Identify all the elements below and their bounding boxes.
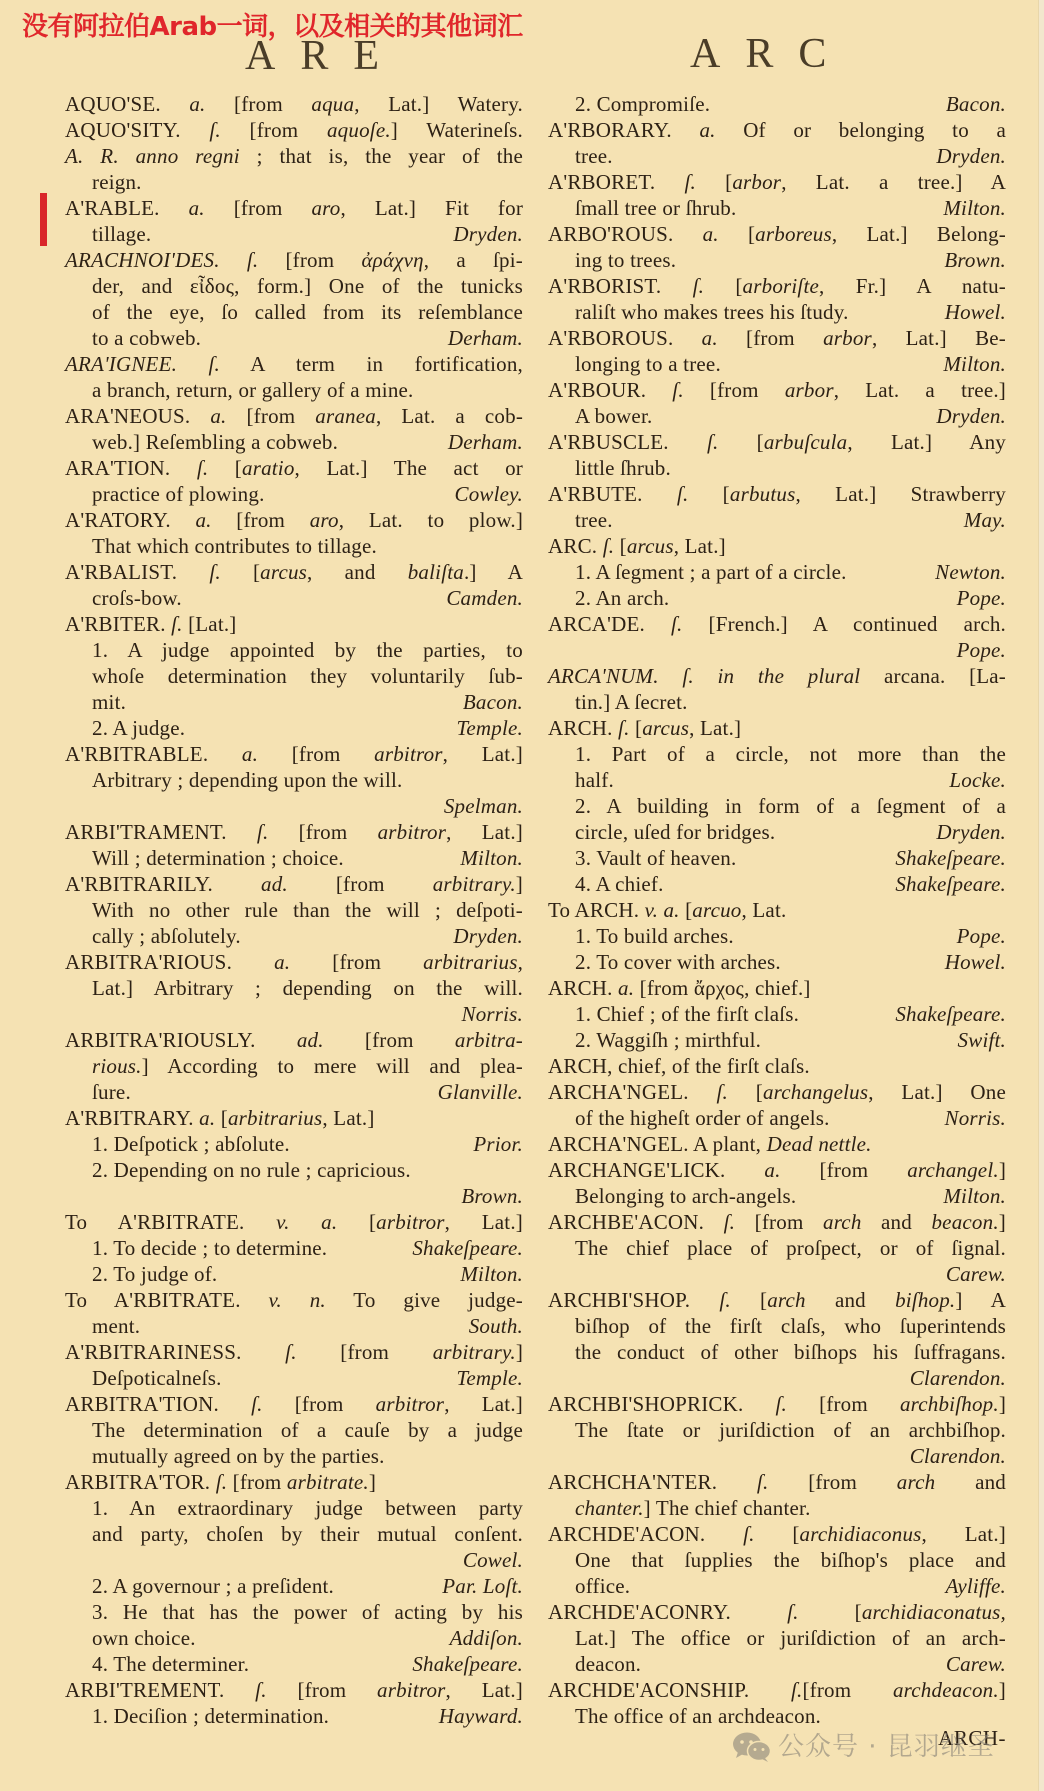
entry-headword-line: To ARCH. v. a. [arcuo, Lat.: [548, 897, 1006, 923]
italic-text: arboreus: [755, 222, 832, 246]
roman-text: , Lat.]: [689, 716, 741, 740]
roman-text: The office of an archdeacon.: [575, 1704, 821, 1728]
headword: ARC.: [548, 534, 603, 558]
roman-text: [: [696, 170, 732, 194]
headword: A'RBITRARILY.: [65, 872, 261, 896]
italic-text: arbitror: [376, 1210, 445, 1234]
entry-continuation-line: mit.Bacon.: [65, 689, 523, 715]
entry-continuation-line: whoſe determination they voluntarily ſub…: [65, 663, 523, 689]
headword: ARBI'TRAMENT.: [65, 820, 257, 844]
roman-text: The determination of a cauſe by a judge: [92, 1418, 523, 1442]
italic-text: aro: [311, 196, 340, 220]
italic-text: anno regni: [136, 144, 240, 168]
line-text: [65, 793, 434, 819]
italic-text: arbitrary.: [433, 1340, 516, 1364]
italic-text: ſ.: [682, 664, 694, 688]
roman-text: Lat.] Arbitrary ; depending on the will.: [92, 976, 523, 1000]
author-citation: Clarendon.: [900, 1365, 1006, 1391]
roman-text: [from: [684, 378, 785, 402]
roman-text: a branch, return, or gallery of a mine.: [92, 378, 414, 402]
roman-text: ] Waterineſs.: [391, 118, 523, 142]
roman-text: , Lat.]: [443, 742, 523, 766]
entry-continuation-line: 2. A building in form of a ſegment of a: [548, 793, 1006, 819]
roman-text: of the higheſt order of angels.: [575, 1106, 830, 1130]
line-text: ARBI'TREMENT. ſ. [from arbitror, Lat.]: [65, 1677, 523, 1703]
entry-headword-line: A'RBITRABLE. a. [from arbitror, Lat.]: [65, 741, 523, 767]
line-text: Arbitrary ; depending upon the will.: [92, 767, 523, 793]
entry-headword-line: ARCHCHA'NTER. ſ. [from arch and: [548, 1469, 1006, 1495]
line-text: 3. He that has the power of acting by hi…: [92, 1599, 523, 1625]
author-citation: Milton.: [933, 351, 1006, 377]
citation-line: Pope.: [548, 637, 1006, 663]
author-citation: Norris.: [451, 1001, 523, 1027]
italic-text: ſ.: [684, 170, 696, 194]
italic-text: ἀράχνη: [361, 248, 423, 272]
roman-text: tree.: [575, 508, 613, 532]
roman-text: der, and εἶδος, form.] One of the tunick…: [92, 274, 523, 298]
entry-continuation-line: A bower.Dryden.: [548, 403, 1006, 429]
line-text: ARBI'TRAMENT. ſ. [from arbitror, Lat.]: [65, 819, 523, 845]
line-text: longing to a tree.: [575, 351, 933, 377]
roman-text: [from: [268, 820, 377, 844]
roman-text: 2. To cover with arches.: [575, 950, 781, 974]
line-text: To A'RBITRATE. v. a. [arbitror, Lat.]: [65, 1209, 523, 1235]
entry-continuation-line: little ſhrub.: [548, 455, 1006, 481]
roman-text: deacon.: [575, 1652, 641, 1676]
entry-continuation-line: 1. Deſpotick ; abſolute.Prior.: [65, 1131, 523, 1157]
entry-continuation-line: 2. A judge.Temple.: [65, 715, 523, 741]
roman-text: ſmall tree or ſhrub.: [575, 196, 736, 220]
author-citation: Dryden.: [926, 819, 1006, 845]
entry-continuation-line: 2. A governour ; a preſident.Par. Loſt.: [65, 1573, 523, 1599]
roman-text: [: [718, 430, 763, 454]
roman-text: ; that is, the year of the: [240, 144, 523, 168]
headword: ARCHDE'ACONRY.: [548, 1600, 787, 1624]
line-text: [548, 1443, 900, 1469]
italic-text: rious.: [92, 1054, 142, 1078]
entry-continuation-line: of the higheſt order of angels.Norris.: [548, 1105, 1006, 1131]
roman-text: 1. Chief ; of the firſt claſs.: [575, 1002, 799, 1026]
headword: A'RBORET.: [548, 170, 684, 194]
line-text: ARCH. a. [from ἄρχος, chief.]: [548, 975, 1006, 1001]
roman-text: , Lat. a tree.]: [834, 378, 1006, 402]
entry-continuation-line: circle, uſed for bridges.Dryden.: [548, 819, 1006, 845]
roman-text: Belonging to arch-angels.: [575, 1184, 796, 1208]
italic-text: arbitrate.: [287, 1470, 369, 1494]
roman-text: [from: [768, 1470, 896, 1494]
roman-text: and: [935, 1470, 1006, 1494]
roman-text: 2. A judge.: [92, 716, 185, 740]
entry-headword-line: A'RATORY. a. [from aro, Lat. to plow.]: [65, 507, 523, 533]
headword: ARA'IGNEE.: [65, 352, 177, 376]
author-citation: Swift.: [948, 1027, 1006, 1053]
author-citation: Temple.: [446, 1365, 523, 1391]
roman-text: , Lat.] Strawberry: [795, 482, 1006, 506]
roman-text: [from: [258, 248, 361, 272]
entry-continuation-line: 2. To cover with arches.Howel.: [548, 949, 1006, 975]
entry-headword-line: ARCHA'NGEL. ſ. [archangelus, Lat.] One: [548, 1079, 1006, 1105]
entry-headword-line: ARCHDE'ACONSHIP. ſ.[from archdeacon.]: [548, 1677, 1006, 1703]
line-text: [548, 1365, 900, 1391]
roman-text: [from: [802, 1678, 893, 1702]
italic-text: arcuo: [692, 898, 741, 922]
line-text: The chief place of proſpect, or of ſigna…: [575, 1235, 1006, 1261]
italic-text: a.: [189, 196, 205, 220]
line-text: ARBITRA'RIOUSLY. ad. [from arbitra-: [65, 1027, 523, 1053]
italic-text: arch: [823, 1210, 862, 1234]
entry-headword-line: ARCH, chief, of the firſt claſs.: [548, 1053, 1006, 1079]
italic-text: ſ.: [757, 1470, 769, 1494]
author-citation: South.: [459, 1313, 523, 1339]
headword: ARBITRA'TION.: [65, 1392, 251, 1416]
roman-text: [: [215, 1106, 228, 1130]
roman-text: and: [806, 1288, 895, 1312]
roman-text: 2. An arch.: [575, 586, 669, 610]
entry-headword-line: ARC. ſ. [arcus, Lat.]: [548, 533, 1006, 559]
line-text: 3. Vault of heaven.: [575, 845, 885, 871]
line-text: ARACHNOI'DES. ſ. [from ἀράχνη, a ſpi-: [65, 247, 523, 273]
entry-headword-line: ARCH. ſ. [arcus, Lat.]: [548, 715, 1006, 741]
roman-text: [: [799, 1600, 862, 1624]
italic-text: arbitrarius: [228, 1106, 322, 1130]
entry-continuation-line: ment.South.: [65, 1313, 523, 1339]
entry-continuation-line: tin.] A ſecret.: [548, 689, 1006, 715]
author-citation: Pope.: [947, 637, 1006, 663]
italic-text: ſ.: [285, 1340, 297, 1364]
citation-line: Norris.: [65, 1001, 523, 1027]
italic-text: arbitror: [378, 820, 447, 844]
line-text: A'RBITRARILY. ad. [from arbitrary.]: [65, 871, 523, 897]
headword: A'RABLE.: [65, 196, 189, 220]
line-text: own choice.: [92, 1625, 440, 1651]
headword: ARCA'DE.: [548, 612, 671, 636]
line-text: 2. An arch.: [575, 585, 947, 611]
entry-continuation-line: The determination of a cauſe by a judge: [65, 1417, 523, 1443]
entry-continuation-line: Will ; determination ; choice.Milton.: [65, 845, 523, 871]
line-text: 2. Compromiſe.: [575, 91, 936, 117]
entry-headword-line: A'RBITRARILY. ad. [from arbitrary.]: [65, 871, 523, 897]
italic-text: v. n.: [268, 1288, 325, 1312]
roman-text: ]: [516, 872, 523, 896]
italic-text: a.: [210, 404, 226, 428]
headword: A'RATORY.: [65, 508, 195, 532]
entry-headword-line: ARCH. a. [from ἄρχος, chief.]: [548, 975, 1006, 1001]
entry-continuation-line: 2. To judge of.Milton.: [65, 1261, 523, 1287]
author-citation: Brown.: [934, 247, 1006, 273]
roman-text: tillage.: [92, 222, 151, 246]
entry-continuation-line: web.] Reſembling a cobweb.Derham.: [65, 429, 523, 455]
watermark: 公众号 · 昆羽继圣: [732, 1731, 995, 1763]
line-text: circle, uſed for bridges.: [575, 819, 926, 845]
roman-text: , Lat.]: [322, 1106, 374, 1130]
author-citation: Clarendon.: [900, 1443, 1006, 1469]
line-text: A'RBITRABLE. a. [from arbitror, Lat.]: [65, 741, 523, 767]
entry-headword-line: A'RBUTE. ſ. [arbutus, Lat.] Strawberry: [548, 481, 1006, 507]
line-text: A'RBOROUS. a. [from arbor, Lat.] Be-: [548, 325, 1006, 351]
line-text: AQUO'SE. a. [from aqua, Lat.] Watery.: [65, 91, 523, 117]
line-text: 2. To cover with arches.: [575, 949, 935, 975]
line-text: A'RBITRARY. a. [arbitrarius, Lat.]: [65, 1105, 523, 1131]
italic-text: chanter.: [575, 1496, 644, 1520]
roman-text: [694, 664, 718, 688]
italic-text: ad.: [261, 872, 288, 896]
italic-text: arbor: [785, 378, 834, 402]
author-citation: Pope.: [947, 585, 1006, 611]
headword: ARCHA'NGEL.: [548, 1080, 717, 1104]
line-text: ARBITRA'TION. ſ. [from arbitror, Lat.]: [65, 1391, 523, 1417]
roman-text: [French.] A continued arch.: [683, 612, 1007, 636]
roman-text: 3. He that has the power of acting by hi…: [92, 1600, 523, 1624]
italic-text: arcus: [627, 534, 674, 558]
author-citation: Hayward.: [429, 1703, 523, 1729]
roman-text: [: [731, 1288, 767, 1312]
roman-text: to a cobweb.: [92, 326, 201, 350]
line-text: ARCHDE'ACONSHIP. ſ.[from archdeacon.]: [548, 1677, 1006, 1703]
dictionary-column-left: AQUO'SE. a. [from aqua, Lat.] Watery.AQU…: [65, 91, 523, 1729]
author-citation: Milton.: [933, 1183, 1006, 1209]
roman-text: 1. To build arches.: [575, 924, 734, 948]
entry-headword-line: ARCHBI'SHOPRICK. ſ. [from archbiſhop.]: [548, 1391, 1006, 1417]
roman-text: [from: [212, 508, 310, 532]
line-text: ARCH, chief, of the firſt claſs.: [548, 1053, 1006, 1079]
page-edge: [1038, 0, 1044, 1791]
italic-text: ſ.: [255, 1678, 267, 1702]
italic-text: arbitra-: [455, 1028, 523, 1052]
italic-text: ſ.: [247, 248, 259, 272]
line-text: tree.: [575, 143, 926, 169]
entry-continuation-line: ing to trees.Brown.: [548, 247, 1006, 273]
roman-text: [from: [735, 1210, 823, 1234]
author-citation: Derham.: [438, 325, 523, 351]
roman-text: whoſe determination they voluntarily ſub…: [92, 664, 523, 688]
entry-headword-line: ARCHA'NGEL. A plant, Dead nettle.: [548, 1131, 1006, 1157]
italic-text: archidiaconatus,: [862, 1600, 1006, 1624]
italic-text: arch: [897, 1470, 936, 1494]
roman-text: 2. A governour ; a preſident.: [92, 1574, 334, 1598]
line-text: ment.: [92, 1313, 459, 1339]
italic-text: ſ.: [776, 1392, 788, 1416]
italic-text: ſ.: [724, 1210, 736, 1234]
author-citation: Brown.: [451, 1183, 523, 1209]
author-citation: Shakeſpeare.: [402, 1651, 523, 1677]
line-text: ARA'TION. ſ. [aratio, Lat.] The act or: [65, 455, 523, 481]
line-text: AQUO'SITY. ſ. [from aquoſe.] Waterineſs.: [65, 117, 523, 143]
entry-continuation-line: 4. The determiner.Shakeſpeare.: [65, 1651, 523, 1677]
author-citation: Milton.: [450, 845, 523, 871]
roman-text: [: [680, 898, 693, 922]
roman-text: , Lat. a cob-: [376, 404, 523, 428]
italic-text: ſ.: [677, 482, 689, 506]
italic-text: arbor: [732, 170, 781, 194]
italic-text: arcus: [260, 560, 307, 584]
italic-text: ſ.: [707, 430, 719, 454]
italic-text: aranea: [315, 404, 376, 428]
line-text: 2. A judge.: [92, 715, 446, 741]
line-text: of the eye, ſo called from its reſemblan…: [92, 299, 523, 325]
author-citation: Glanville.: [428, 1079, 523, 1105]
italic-text: ſ.: [671, 612, 683, 636]
roman-text: [from: [267, 1678, 377, 1702]
entry-continuation-line: to a cobweb.Derham.: [65, 325, 523, 351]
roman-text: reign.: [92, 170, 142, 194]
author-citation: Shakeſpeare.: [885, 871, 1006, 897]
italic-text: ſ.: [787, 1600, 799, 1624]
italic-text: a.: [699, 118, 715, 142]
line-text: Belonging to arch-angels.: [575, 1183, 933, 1209]
roman-text: [177, 352, 208, 376]
line-text: tree.: [575, 507, 954, 533]
entry-headword-line: AQUO'SE. a. [from aqua, Lat.] Watery.: [65, 91, 523, 117]
watermark-text: 公众号 · 昆羽继圣: [778, 1732, 995, 1762]
line-text: chanter.] The chief chanter.: [575, 1495, 1006, 1521]
roman-text: A term in fortification,: [220, 352, 523, 376]
roman-text: [from: [781, 1158, 908, 1182]
entry-continuation-line: 4. A chief.Shakeſpeare.: [548, 871, 1006, 897]
headword: AQUO'SITY.: [65, 118, 209, 142]
highlight-marker: [40, 193, 47, 246]
roman-text: office.: [575, 1574, 630, 1598]
roman-text: raliſt who makes trees his ſtudy.: [575, 300, 849, 324]
entry-headword-line: ARCHBE'ACON. ſ. [from arch and beacon.]: [548, 1209, 1006, 1235]
author-citation: Carew.: [936, 1651, 1006, 1677]
roman-text: To give judge-: [326, 1288, 523, 1312]
roman-text: [from ἄρχος, chief.]: [634, 976, 810, 1000]
roman-text: mutually agreed on by the parties.: [92, 1444, 385, 1468]
headword: A'RBORIST.: [548, 274, 693, 298]
entry-headword-line: A'RBITRARINESS. ſ. [from arbitrary.]: [65, 1339, 523, 1365]
entry-continuation-line: croſs-bow.Camden.: [65, 585, 523, 611]
headword: ARA'TION.: [65, 456, 197, 480]
roman-text: [from: [718, 326, 823, 350]
line-text: That which contributes to tillage.: [92, 533, 523, 559]
roman-text: ]: [999, 1158, 1006, 1182]
roman-text: practice of plowing.: [92, 482, 265, 506]
citation-line: Clarendon.: [548, 1443, 1006, 1469]
roman-text: [: [337, 1210, 376, 1234]
entry-continuation-line: der, and εἶδος, form.] One of the tunick…: [65, 273, 523, 299]
italic-text: ſ.: [257, 820, 269, 844]
entry-headword-line: ARBITRA'RIOUS. a. [from arbitrarius,: [65, 949, 523, 975]
line-text: reign.: [92, 169, 523, 195]
headword: ARACHNOI'DES.: [65, 248, 220, 272]
roman-text: and party, choſen by their mutual conſen…: [92, 1522, 523, 1546]
entry-continuation-line: tree.May.: [548, 507, 1006, 533]
line-text: Lat.] The office or juriſdiction of an a…: [575, 1625, 1006, 1651]
roman-text: 1. A ſegment ; a part of a circle.: [575, 560, 847, 584]
roman-text: longing to a tree.: [575, 352, 721, 376]
entry-headword-line: A'RBOROUS. a. [from arbor, Lat.] Be-: [548, 325, 1006, 351]
italic-text: archbiſhop.: [900, 1392, 999, 1416]
headword: ARCHBI'SHOP.: [548, 1288, 719, 1312]
line-text: ARCH. ſ. [arcus, Lat.]: [548, 715, 1006, 741]
italic-text: ſ.: [672, 378, 684, 402]
line-text: ARCA'DE. ſ. [French.] A continued arch.: [548, 611, 1006, 637]
headword: ARCHDE'ACON.: [548, 1522, 743, 1546]
entry-headword-line: ARBITRA'TION. ſ. [from arbitror, Lat.]: [65, 1391, 523, 1417]
entry-continuation-line: 1. An extraordinary judge between party: [65, 1495, 523, 1521]
line-text: ARA'IGNEE. ſ. A term in fortification,: [65, 351, 523, 377]
italic-text: ſ.: [209, 118, 221, 142]
running-head-left: ARE: [245, 35, 404, 77]
line-text: Lat.] Arbitrary ; depending on the will.: [92, 975, 523, 1001]
entry-headword-line: ARA'NEOUS. a. [from aranea, Lat. a cob-: [65, 403, 523, 429]
line-text: A'RBUSCLE. ſ. [arbuſcula, Lat.] Any: [548, 429, 1006, 455]
roman-text: , Lat.]: [446, 820, 523, 844]
line-text: To A'RBITRATE. v. n. To give judge-: [65, 1287, 523, 1313]
line-text: To ARCH. v. a. [arcuo, Lat.: [548, 897, 1006, 923]
headword: ARCHA'NGEL. A plant,: [548, 1132, 767, 1156]
author-citation: Bacon.: [453, 689, 523, 715]
headword: A'RBITRARINESS.: [65, 1340, 285, 1364]
roman-text: Arbitrary ; depending upon the will.: [92, 768, 402, 792]
line-text: A'RBORIST. ſ. [arboriſte, Fr.] A natu-: [548, 273, 1006, 299]
entry-headword-line: ARBO'ROUS. a. [arboreus, Lat.] Belong-: [548, 221, 1006, 247]
roman-text: [from: [205, 196, 312, 220]
entry-continuation-line: deacon.Carew.: [548, 1651, 1006, 1677]
roman-text: 2. Waggiſh ; mirthful.: [575, 1028, 761, 1052]
entry-headword-line: ARBI'TRAMENT. ſ. [from arbitror, Lat.]: [65, 819, 523, 845]
line-text: ARA'NEOUS. a. [from aranea, Lat. a cob-: [65, 403, 523, 429]
roman-text: ] The chief chanter.: [644, 1496, 811, 1520]
line-text: A'RBITRARINESS. ſ. [from arbitrary.]: [65, 1339, 523, 1365]
entry-headword-line: ARBITRA'TOR. ſ. [from arbitrate.]: [65, 1469, 523, 1495]
entry-continuation-line: 2. Compromiſe.Bacon.: [548, 91, 1006, 117]
roman-text: With no other rule than the will ; deſpo…: [92, 898, 523, 922]
entry-continuation-line: The chief place of proſpect, or of ſigna…: [548, 1235, 1006, 1261]
author-citation: Spelman.: [434, 793, 523, 819]
entry-headword-line: A'RBITRARY. a. [arbitrarius, Lat.]: [65, 1105, 523, 1131]
roman-text: [from: [787, 1392, 900, 1416]
line-text: A'RBUTE. ſ. [arbutus, Lat.] Strawberry: [548, 481, 1006, 507]
author-citation: Shakeſpeare.: [402, 1235, 523, 1261]
roman-text: the conduct of other biſhops his ſuffrag…: [575, 1340, 1006, 1364]
roman-text: arcana. [La-: [860, 664, 1006, 688]
headword: A'RBALIST.: [65, 560, 209, 584]
roman-text: 1. An extraordinary judge between party: [92, 1496, 523, 1520]
entry-headword-line: To A'RBITRATE. v. a. [arbitror, Lat.]: [65, 1209, 523, 1235]
headword: AQUO'SE.: [65, 92, 189, 116]
italic-text: ſ.: [743, 1522, 755, 1546]
line-text: tin.] A ſecret.: [575, 689, 1006, 715]
entry-continuation-line: Belonging to arch-angels.Milton.: [548, 1183, 1006, 1209]
line-text: A'RBITER. ſ. [Lat.]: [65, 611, 523, 637]
line-text: A'RBORARY. a. Of or belonging to a: [548, 117, 1006, 143]
italic-text: v. a.: [645, 898, 680, 922]
line-text: 1. A judge appointed by the parties, to: [92, 637, 523, 663]
italic-text: ſ.: [208, 352, 220, 376]
author-citation: Shakeſpeare.: [885, 1001, 1006, 1027]
italic-text: aro: [310, 508, 339, 532]
roman-text: [220, 248, 247, 272]
italic-text: ſ.: [717, 1080, 729, 1104]
italic-text: arbitrarius,: [423, 950, 523, 974]
headword: ARCHDE'ACONSHIP.: [548, 1678, 791, 1702]
italic-text: biſhop.: [895, 1288, 955, 1312]
italic-text: arbitror: [376, 1392, 445, 1416]
author-citation: Dryden.: [926, 403, 1006, 429]
line-text: 4. A chief.: [575, 871, 885, 897]
line-text: 1. To decide ; to determine.: [92, 1235, 402, 1261]
line-text: ARCHBI'SHOP. ſ. [arch and biſhop.] A: [548, 1287, 1006, 1313]
line-text: ARCHBE'ACON. ſ. [from arch and beacon.]: [548, 1209, 1006, 1235]
italic-text: aquoſe.: [327, 118, 391, 142]
entry-continuation-line: 1. Part of a circle, not more than the: [548, 741, 1006, 767]
headword: ARBI'TREMENT.: [65, 1678, 255, 1702]
author-citation: Dryden.: [443, 923, 523, 949]
roman-text: The chief place of proſpect, or of ſigna…: [575, 1236, 1006, 1260]
italic-text: arbutus: [730, 482, 796, 506]
author-citation: Howel.: [935, 299, 1006, 325]
